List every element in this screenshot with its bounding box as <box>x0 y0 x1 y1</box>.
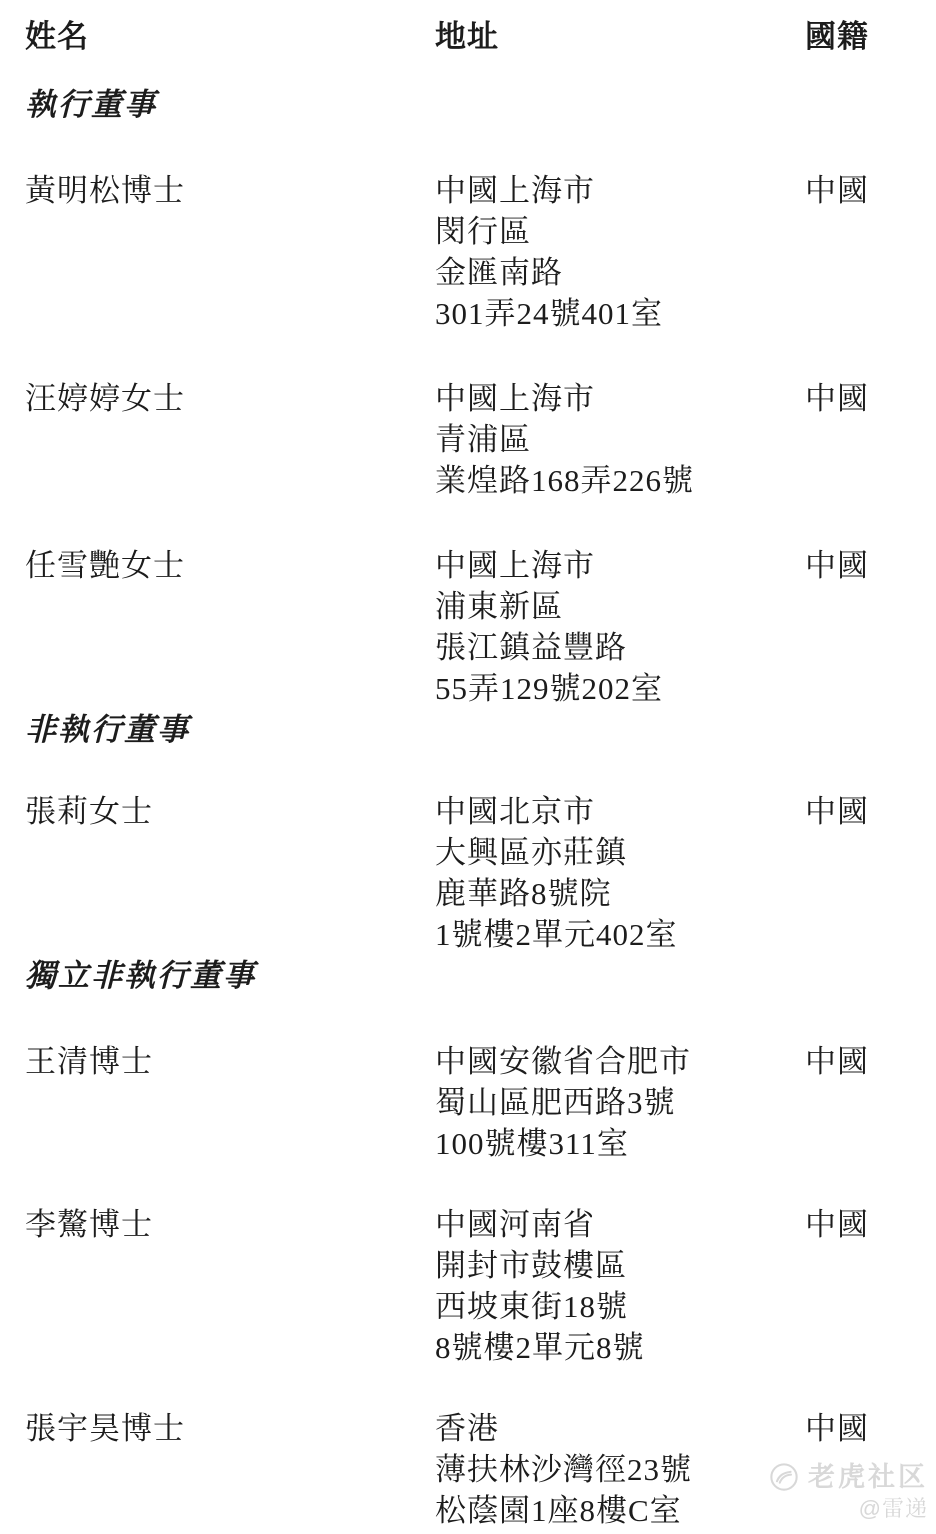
watermark-brand-text: 老虎社区 <box>808 1461 928 1493</box>
watermark: 老虎社区 @雷递 <box>769 1461 928 1522</box>
director-address: 中國河南省 開封市鼓樓區 西坡東街18號 8號樓2單元8號 <box>435 1204 805 1368</box>
address-line: 1號樓2單元402室 <box>435 914 805 955</box>
director-row: 任雪艷女士 中國上海市 浦東新區 張江鎮益豐路 55弄129號202室 中國 <box>25 545 936 709</box>
director-address: 中國上海市 青浦區 業煌路168弄226號 <box>435 378 805 501</box>
director-address: 中國安徽省合肥市 蜀山區肥西路3號 100號樓311室 <box>435 1041 805 1164</box>
watermark-brand-line: 老虎社区 <box>769 1461 928 1493</box>
directors-list-page: 姓名 地址 國籍 執行董事 黃明松博士 中國上海市 閔行區 金匯南路 301弄2… <box>0 0 936 1534</box>
address-line: 香港 <box>435 1408 805 1449</box>
address-line: 開封市鼓樓區 <box>435 1245 805 1286</box>
section-title-independent-non-executive-directors: 獨立非執行董事 <box>25 955 936 996</box>
address-line: 中國安徽省合肥市 <box>435 1041 805 1082</box>
address-line: 青浦區 <box>435 419 805 460</box>
director-nationality: 中國 <box>805 378 869 419</box>
address-line: 中國上海市 <box>435 378 805 419</box>
address-line: 中國上海市 <box>435 545 805 586</box>
director-row: 李驁博士 中國河南省 開封市鼓樓區 西坡東街18號 8號樓2單元8號 中國 <box>25 1204 936 1368</box>
director-name: 李驁博士 <box>25 1204 435 1245</box>
section-title-non-executive-directors: 非執行董事 <box>25 709 936 750</box>
address-line: 中國北京市 <box>435 791 805 832</box>
address-line: 301弄24號401室 <box>435 293 805 334</box>
address-line: 大興區亦莊鎮 <box>435 832 805 873</box>
header-nationality: 國籍 <box>805 16 869 57</box>
director-name: 汪婷婷女士 <box>25 378 435 419</box>
watermark-handle: @雷递 <box>769 1496 928 1522</box>
director-name: 黃明松博士 <box>25 170 435 211</box>
director-row: 王清博士 中國安徽省合肥市 蜀山區肥西路3號 100號樓311室 中國 <box>25 1041 936 1164</box>
director-nationality: 中國 <box>805 791 869 832</box>
director-address: 香港 薄扶林沙灣徑23號 松蔭園1座8樓C室 <box>435 1408 805 1531</box>
section-title-executive-directors: 執行董事 <box>25 84 936 125</box>
director-name: 王清博士 <box>25 1041 435 1082</box>
address-line: 業煌路168弄226號 <box>435 460 805 501</box>
address-line: 金匯南路 <box>435 252 805 293</box>
director-row: 汪婷婷女士 中國上海市 青浦區 業煌路168弄226號 中國 <box>25 378 936 501</box>
director-address: 中國上海市 浦東新區 張江鎮益豐路 55弄129號202室 <box>435 545 805 709</box>
director-nationality: 中國 <box>805 1041 869 1082</box>
address-line: 中國上海市 <box>435 170 805 211</box>
address-line: 中國河南省 <box>435 1204 805 1245</box>
address-line: 西坡東街18號 <box>435 1286 805 1327</box>
address-line: 100號樓311室 <box>435 1123 805 1164</box>
address-line: 鹿華路8號院 <box>435 873 805 914</box>
header-address: 地址 <box>435 16 805 57</box>
address-line: 浦東新區 <box>435 586 805 627</box>
address-line: 8號樓2單元8號 <box>435 1327 805 1368</box>
director-nationality: 中國 <box>805 545 869 586</box>
director-name: 任雪艷女士 <box>25 545 435 586</box>
tiger-community-logo-icon <box>769 1462 799 1492</box>
address-line: 蜀山區肥西路3號 <box>435 1082 805 1123</box>
director-address: 中國北京市 大興區亦莊鎮 鹿華路8號院 1號樓2單元402室 <box>435 791 805 955</box>
director-row: 張莉女士 中國北京市 大興區亦莊鎮 鹿華路8號院 1號樓2單元402室 中國 <box>25 791 936 955</box>
address-line: 松蔭園1座8樓C室 <box>435 1490 805 1531</box>
address-line: 55弄129號202室 <box>435 668 805 709</box>
director-nationality: 中國 <box>805 1204 869 1245</box>
address-line: 張江鎮益豐路 <box>435 627 805 668</box>
address-line: 閔行區 <box>435 211 805 252</box>
header-name: 姓名 <box>25 16 435 57</box>
director-address: 中國上海市 閔行區 金匯南路 301弄24號401室 <box>435 170 805 334</box>
director-name: 張莉女士 <box>25 791 435 832</box>
director-row: 黃明松博士 中國上海市 閔行區 金匯南路 301弄24號401室 中國 <box>25 170 936 334</box>
table-header-row: 姓名 地址 國籍 <box>25 16 936 57</box>
director-nationality: 中國 <box>805 1408 869 1449</box>
director-nationality: 中國 <box>805 170 869 211</box>
director-name: 張宇昊博士 <box>25 1408 435 1449</box>
address-line: 薄扶林沙灣徑23號 <box>435 1449 805 1490</box>
